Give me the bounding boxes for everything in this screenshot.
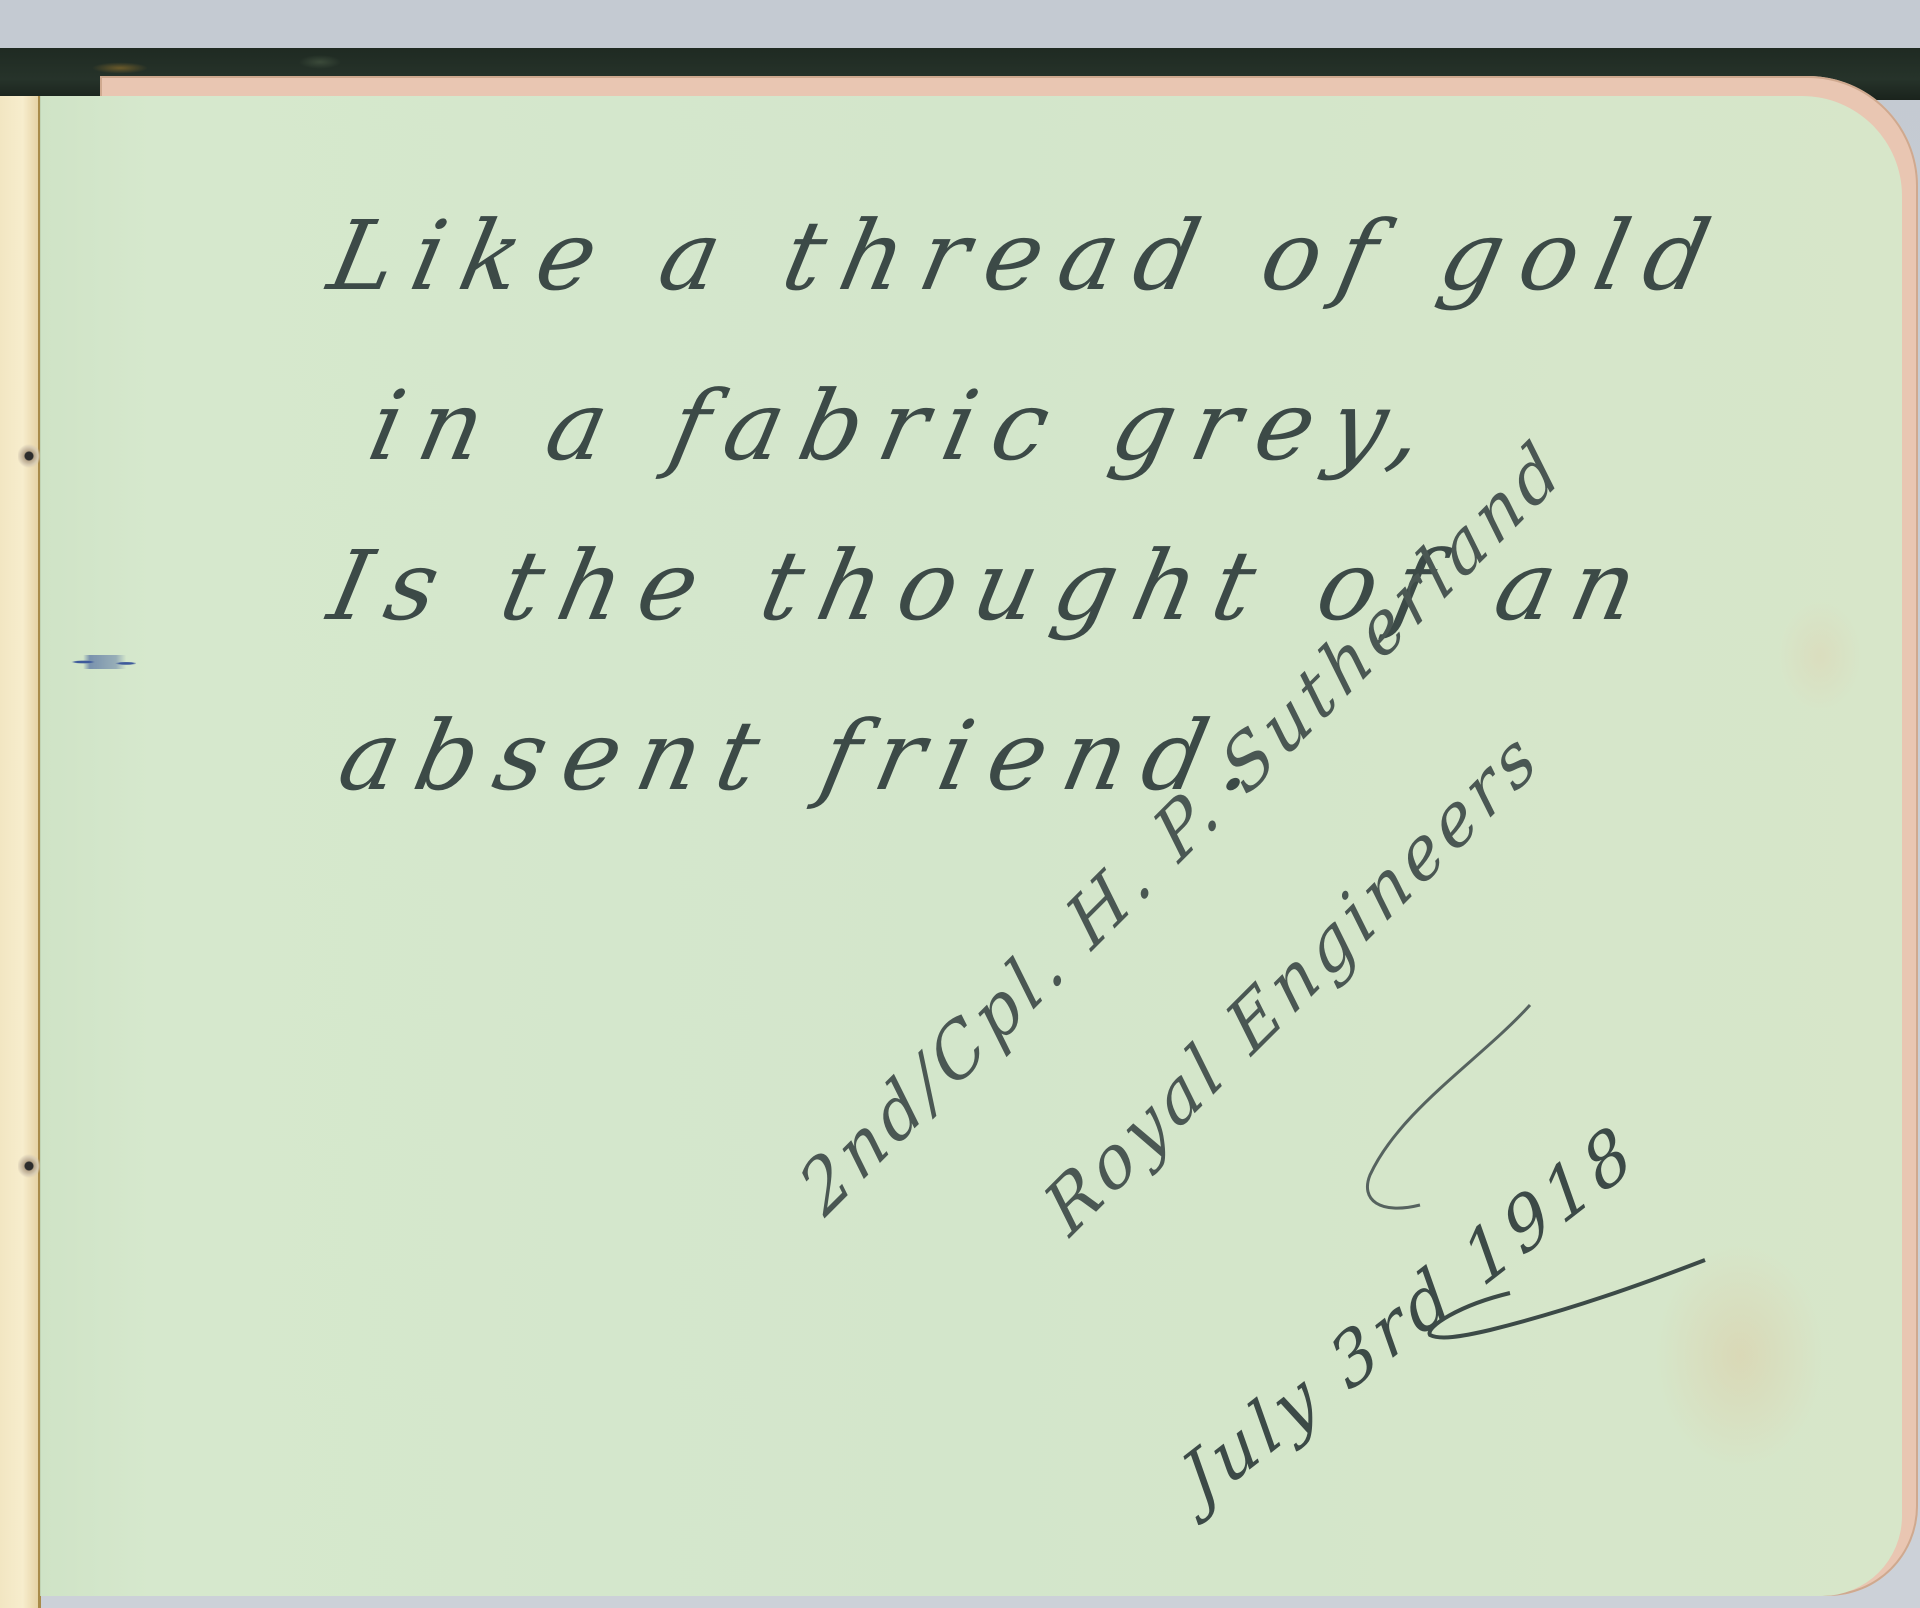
blue-ink-blot <box>70 655 136 669</box>
verse-line-4: absent friend. <box>330 700 1284 812</box>
album-page <box>40 96 1902 1596</box>
verse-line-2: in a fabric grey, <box>360 370 1452 482</box>
scanned-album-scene: Like a thread of gold in a fabric grey, … <box>0 0 1920 1608</box>
verse-line-1: Like a thread of gold <box>320 200 1737 312</box>
binding-stitch-icon <box>18 440 40 472</box>
book-gutter <box>0 96 41 1608</box>
pen-flourish-curve-icon <box>1360 1000 1540 1220</box>
binding-stitch-icon <box>18 1150 40 1182</box>
pen-flourish-underline-icon <box>1420 1255 1710 1345</box>
